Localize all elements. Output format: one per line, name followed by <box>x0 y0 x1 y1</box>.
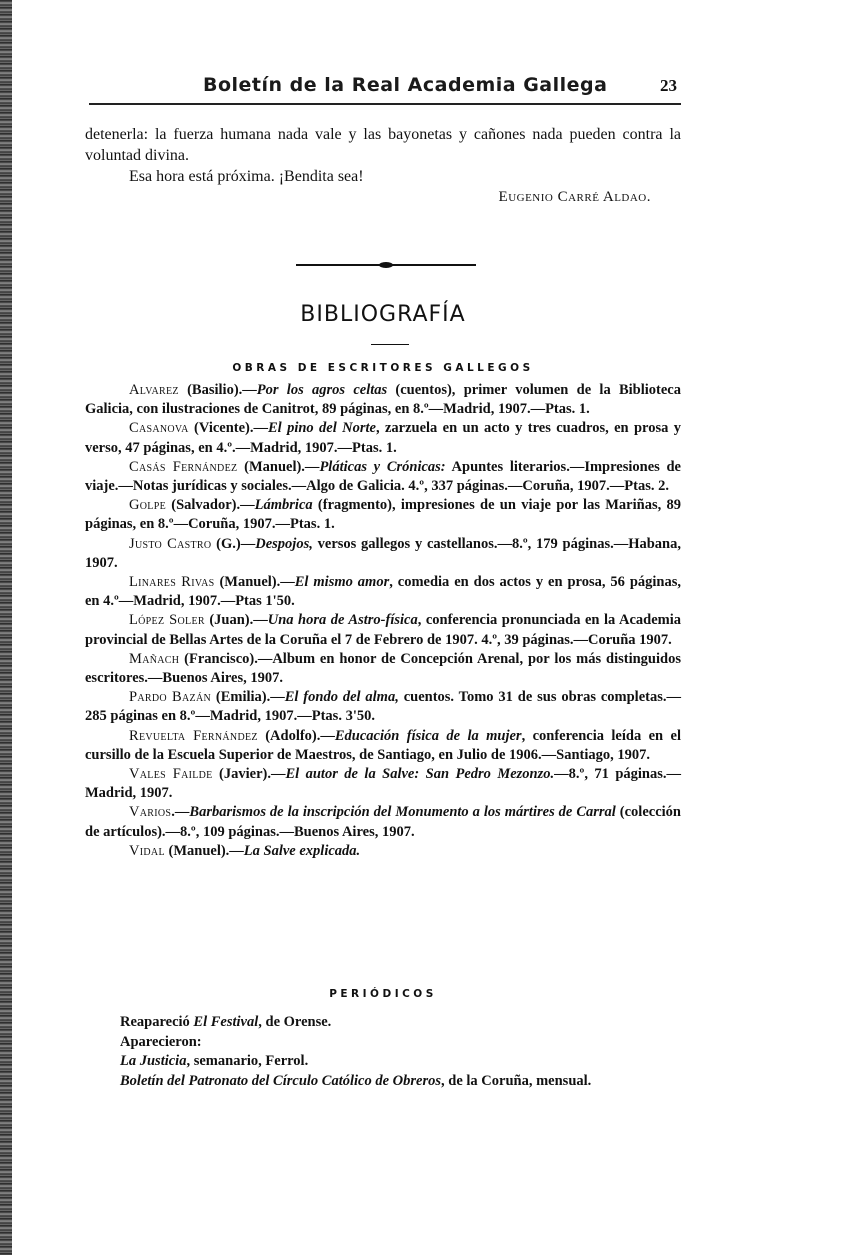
title-rule <box>371 344 409 345</box>
entry-author: Justo Castro <box>129 536 211 552</box>
entry-author: Varios <box>129 804 171 820</box>
running-head: Boletín de la Real Academia Gallega 23 <box>85 74 681 104</box>
entry-author: Linares Rivas <box>129 574 215 590</box>
entry-title: La Salve explicada. <box>244 843 360 859</box>
entry-author: Revuelta Fernández <box>129 728 258 744</box>
entry-title: El autor de la Salve: San Pedro Mezonzo. <box>285 766 554 782</box>
entry-author: Vidal <box>129 843 165 859</box>
header-rule <box>89 103 681 105</box>
list-item: Pardo Bazán (Emilia).—El fondo del alma,… <box>85 688 681 726</box>
periodicos-list: Reapareció El Festival, de Orense. Apare… <box>120 1013 690 1091</box>
entry-title: El fondo del alma, <box>285 689 399 705</box>
entry-title: Barbarismos de la inscripción del Monume… <box>189 804 615 820</box>
list-item: Casanova (Vicente).—El pino del Norte, z… <box>85 419 681 457</box>
list-item: Alvarez (Basilio).—Por los agros celtas … <box>85 381 681 419</box>
entry-title: Una hora de Astro-física <box>268 612 418 628</box>
periodico-item: Aparecieron: <box>120 1033 690 1053</box>
entry-title: Educación física de la mujer <box>335 728 522 744</box>
entry-title: Despojos, <box>255 536 313 552</box>
bibliography-list: Alvarez (Basilio).—Por los agros celtas … <box>85 381 681 861</box>
entry-author: Casanova <box>129 420 189 436</box>
entry-author: Vales Failde <box>129 766 213 782</box>
entry-title: Por los agros celtas <box>257 382 387 398</box>
entry-author: Pardo Bazán <box>129 689 211 705</box>
scan-edge <box>0 0 12 1255</box>
entry-author: Alvarez <box>129 382 179 398</box>
periodico-item: La Justicia, semanario, Ferrol. <box>120 1052 690 1072</box>
list-item: Casás Fernández (Manuel).—Pláticas y Cró… <box>85 458 681 496</box>
ornament-dot <box>379 262 393 268</box>
periodico-item: Boletín del Patronato del Círculo Católi… <box>120 1072 690 1092</box>
periodico-item: Reapareció El Festival, de Orense. <box>120 1013 690 1033</box>
list-item: Revuelta Fernández (Adolfo).—Educación f… <box>85 727 681 765</box>
intro-closing: Esa hora está próxima. ¡Bendita sea! <box>85 166 681 187</box>
running-title: Boletín de la Real Academia Gallega <box>203 74 607 96</box>
list-item: Vidal (Manuel).—La Salve explicada. <box>85 842 681 861</box>
entry-author: López Soler <box>129 612 205 628</box>
list-item: Justo Castro (G.)—Despojos, versos galle… <box>85 535 681 573</box>
subhead-periodicos: PERIÓDICOS <box>85 988 681 1000</box>
section-ornament <box>296 262 476 268</box>
entry-author: Golpe <box>129 497 166 513</box>
list-item: Vales Failde (Javier).—El autor de la Sa… <box>85 765 681 803</box>
entry-author: Mañach <box>129 651 179 667</box>
entry-title: El pino del Norte <box>268 420 376 436</box>
entry-title: Pláticas y Crónicas: <box>319 459 445 475</box>
intro-text: detenerla: la fuerza humana nada vale y … <box>85 124 681 208</box>
page-number: 23 <box>660 76 677 96</box>
list-item: Golpe (Salvador).—Lámbrica (fragmento), … <box>85 496 681 534</box>
entry-title: Lámbrica <box>255 497 313 513</box>
list-item: López Soler (Juan).—Una hora de Astro-fí… <box>85 611 681 649</box>
list-item: Linares Rivas (Manuel).—El mismo amor, c… <box>85 573 681 611</box>
section-title: BIBLIOGRAFÍA <box>85 302 681 327</box>
entry-title: El mismo amor <box>295 574 389 590</box>
list-item: Varios.—Barbarismos de la inscripción de… <box>85 803 681 841</box>
entry-author: Casás Fernández <box>129 459 237 475</box>
intro-paragraph: detenerla: la fuerza humana nada vale y … <box>85 124 681 166</box>
subhead-obras: OBRAS DE ESCRITORES GALLEGOS <box>85 362 681 374</box>
signature: Eugenio Carré Aldao. <box>85 187 681 208</box>
list-item: Mañach (Francisco).—Album en honor de Co… <box>85 650 681 688</box>
